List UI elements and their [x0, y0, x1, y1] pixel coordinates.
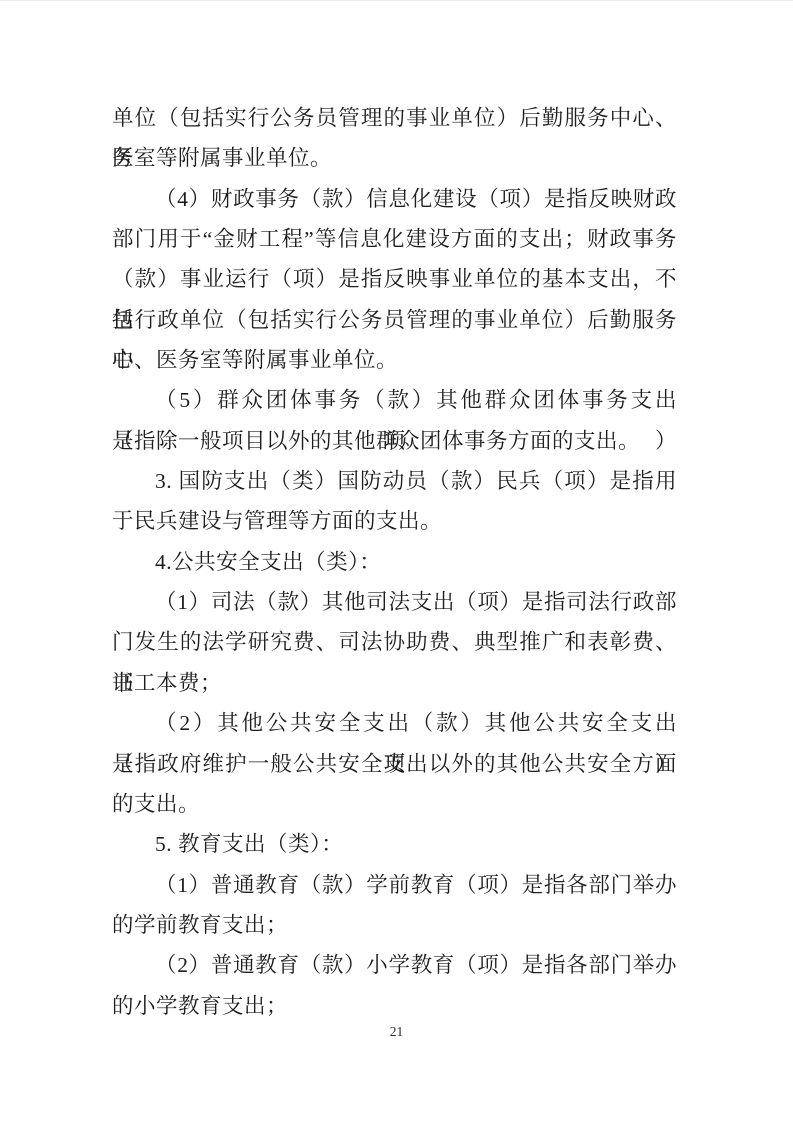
text-line: 括行政单位（包括实行公务员管理的事业单位）后勤服务中 — [112, 300, 677, 340]
paragraph: 4.公共安全支出（类）： — [112, 542, 677, 582]
paragraph: （1）普通教育（款）学前教育（项）是指各部门举办的学前教育支出； — [112, 865, 677, 946]
paragraph: （2）其他公共安全支出（款）其他公共安全支出（项）是指政府维护一般公共安全支出以… — [112, 703, 677, 824]
text-line: 心、医务室等附属事业单位。 — [112, 340, 677, 380]
page-number: 21 — [0, 1021, 793, 1043]
text-line: 是指除一般项目以外的其他群众团体事务方面的支出。 — [112, 421, 677, 461]
text-line: （款）事业运行（项）是指反映事业单位的基本支出，不包 — [112, 259, 677, 299]
text-line: 于民兵建设与管理等方面的支出。 — [112, 501, 677, 541]
paragraph: （2）普通教育（款）小学教育（项）是指各部门举办的小学教育支出； — [112, 945, 677, 1026]
text-line: 的学前教育支出； — [112, 905, 677, 945]
text-line: 是指政府维护一般公共安全支出以外的其他公共安全方面 — [112, 744, 677, 784]
paragraph: （1）司法（款）其他司法支出（项）是指司法行政部门发生的法学研究费、司法协助费、… — [112, 582, 677, 703]
text-line: （2）普通教育（款）小学教育（项）是指各部门举办 — [112, 945, 677, 985]
text-line: 务室等附属事业单位。 — [112, 138, 677, 178]
text-line: 的小学教育支出； — [112, 986, 677, 1026]
text-line: 的支出。 — [112, 784, 677, 824]
text-line: 书工本费； — [112, 663, 677, 703]
text-line: （1）普通教育（款）学前教育（项）是指各部门举办 — [112, 865, 677, 905]
paragraph: 5. 教育支出（类）： — [112, 824, 677, 864]
text-line: 部门用于“金财工程”等信息化建设方面的支出；财政事务 — [112, 219, 677, 259]
paragraph: （4）财政事务（款）信息化建设（项）是指反映财政部门用于“金财工程”等信息化建设… — [112, 179, 677, 381]
text-line: 门发生的法学研究费、司法协助费、典型推广和表彰费、证 — [112, 622, 677, 662]
document-page: 单位（包括实行公务员管理的事业单位）后勤服务中心、医务室等附属事业单位。（4）财… — [0, 0, 793, 1122]
text-line: 3. 国防支出（类）国防动员（款）民兵（项）是指用 — [112, 461, 677, 501]
text-line: （4）财政事务（款）信息化建设（项）是指反映财政 — [112, 179, 677, 219]
paragraph: （5）群众团体事务（款）其他群众团体事务支出（项）是指除一般项目以外的其他群众团… — [112, 380, 677, 461]
text-line: 4.公共安全支出（类）： — [112, 542, 677, 582]
paragraph: 3. 国防支出（类）国防动员（款）民兵（项）是指用于民兵建设与管理等方面的支出。 — [112, 461, 677, 542]
text-line: （2）其他公共安全支出（款）其他公共安全支出（项） — [112, 703, 677, 743]
text-line: 5. 教育支出（类）： — [112, 824, 677, 864]
text-line: （5）群众团体事务（款）其他群众团体事务支出（项） — [112, 380, 677, 420]
paragraph: 单位（包括实行公务员管理的事业单位）后勤服务中心、医务室等附属事业单位。 — [112, 98, 677, 179]
text-line: 单位（包括实行公务员管理的事业单位）后勤服务中心、医 — [112, 98, 677, 138]
document-body: 单位（包括实行公务员管理的事业单位）后勤服务中心、医务室等附属事业单位。（4）财… — [112, 98, 677, 1026]
text-line: （1）司法（款）其他司法支出（项）是指司法行政部 — [112, 582, 677, 622]
